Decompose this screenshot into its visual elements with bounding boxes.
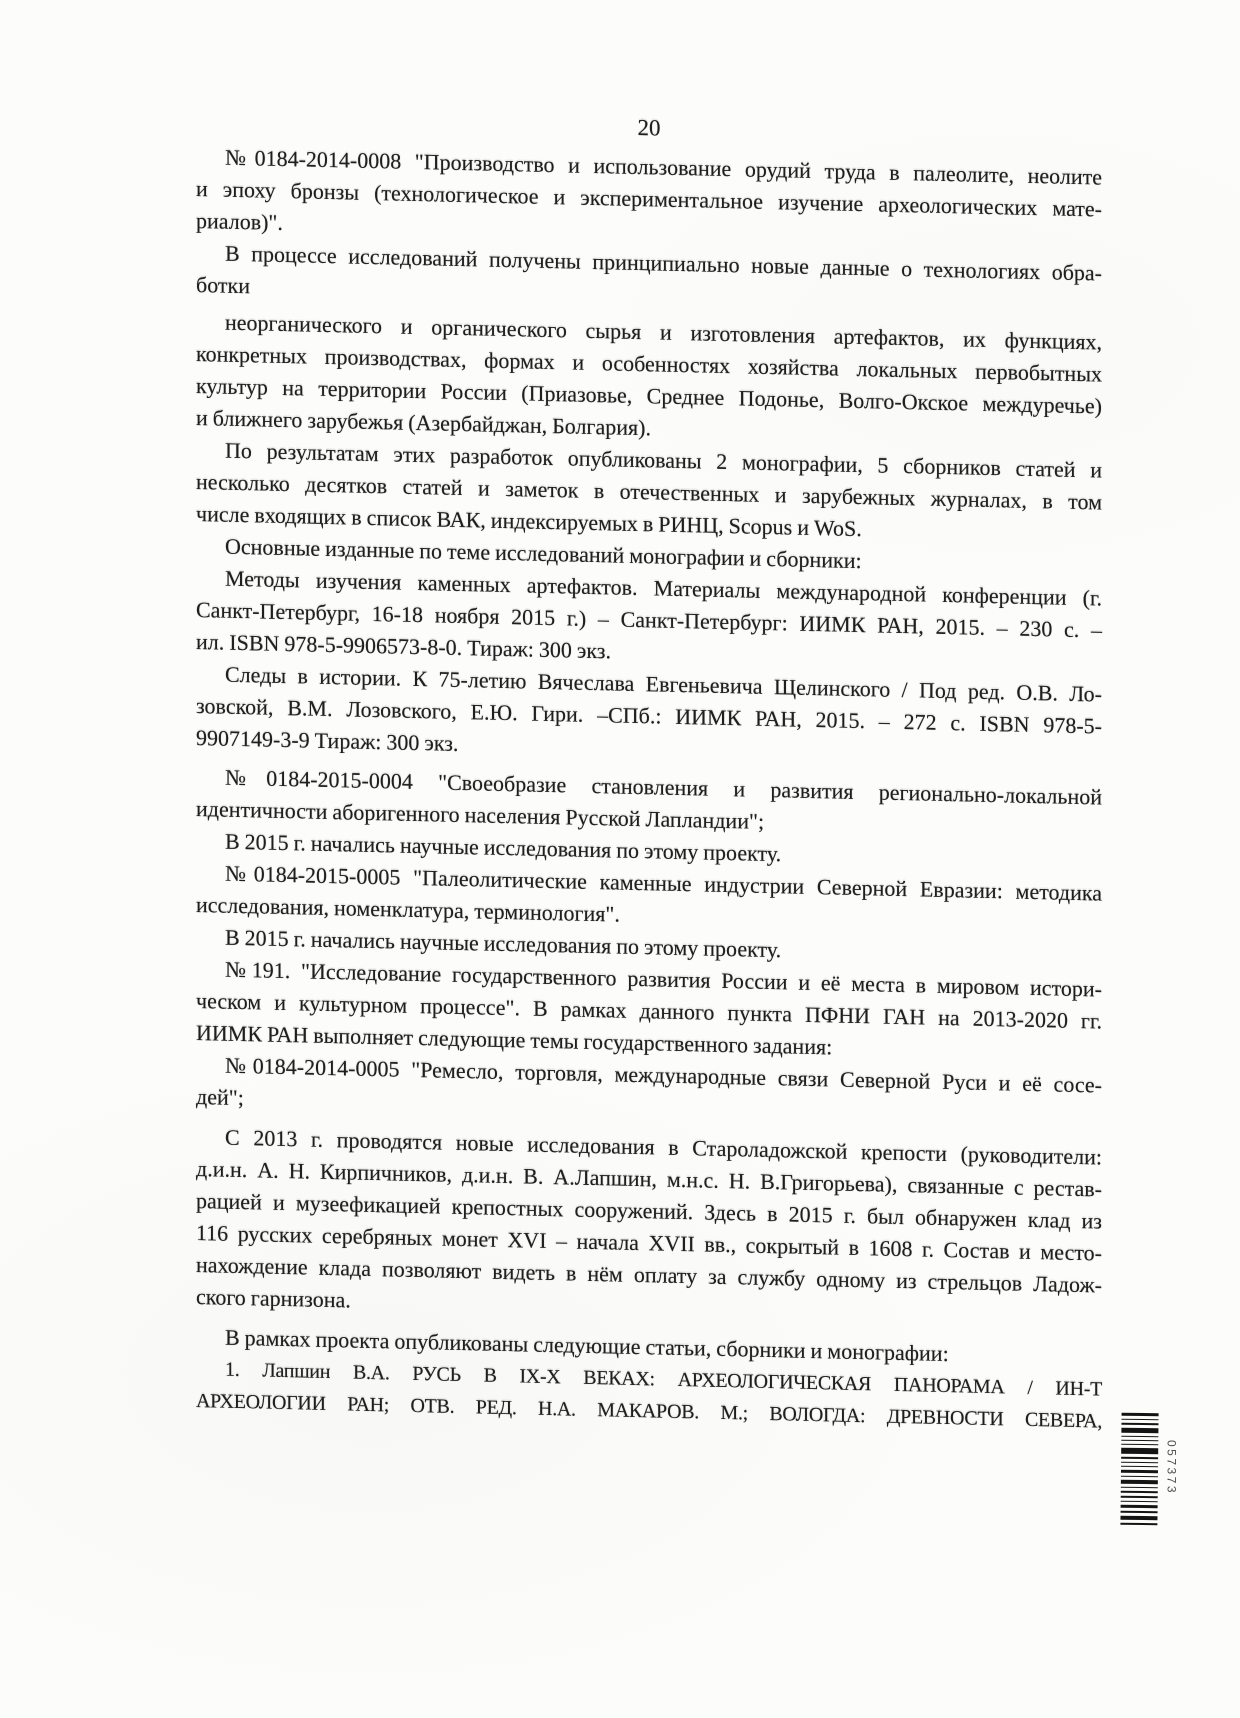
barcode-bar: [1121, 1448, 1158, 1454]
barcode-bar: [1121, 1491, 1158, 1493]
barcode-number: 057373: [1164, 1437, 1179, 1499]
barcode-bar: [1121, 1440, 1158, 1441]
barcode-bar: [1121, 1496, 1158, 1498]
barcode-bar: [1121, 1505, 1158, 1508]
barcode-bar: [1121, 1444, 1158, 1445]
barcode-bar: [1121, 1423, 1158, 1425]
barcode-bar: [1121, 1476, 1158, 1477]
barcode-bar: [1122, 1413, 1159, 1416]
barcode-bar: [1121, 1428, 1158, 1433]
barcode-bar: [1122, 1419, 1159, 1420]
barcode-bar: [1121, 1436, 1158, 1437]
barcode-bar: [1120, 1516, 1157, 1520]
barcode-bar: [1121, 1462, 1158, 1463]
barcode-bar: [1121, 1480, 1158, 1484]
document-text-block: 20 №0184-2014-0008 "Производство и испол…: [196, 103, 1102, 1438]
barcode-bar: [1120, 1523, 1157, 1525]
barcode-bar: [1121, 1470, 1158, 1473]
barcode-bar: [1121, 1487, 1158, 1488]
barcode-bar: [1121, 1501, 1158, 1502]
barcode-bar: [1121, 1511, 1158, 1513]
document-body: №0184-2014-0008 "Производство и использо…: [196, 141, 1102, 1438]
barcode-bar: [1121, 1466, 1158, 1467]
barcode: [1120, 1413, 1158, 1525]
barcode-bar: [1121, 1457, 1158, 1459]
